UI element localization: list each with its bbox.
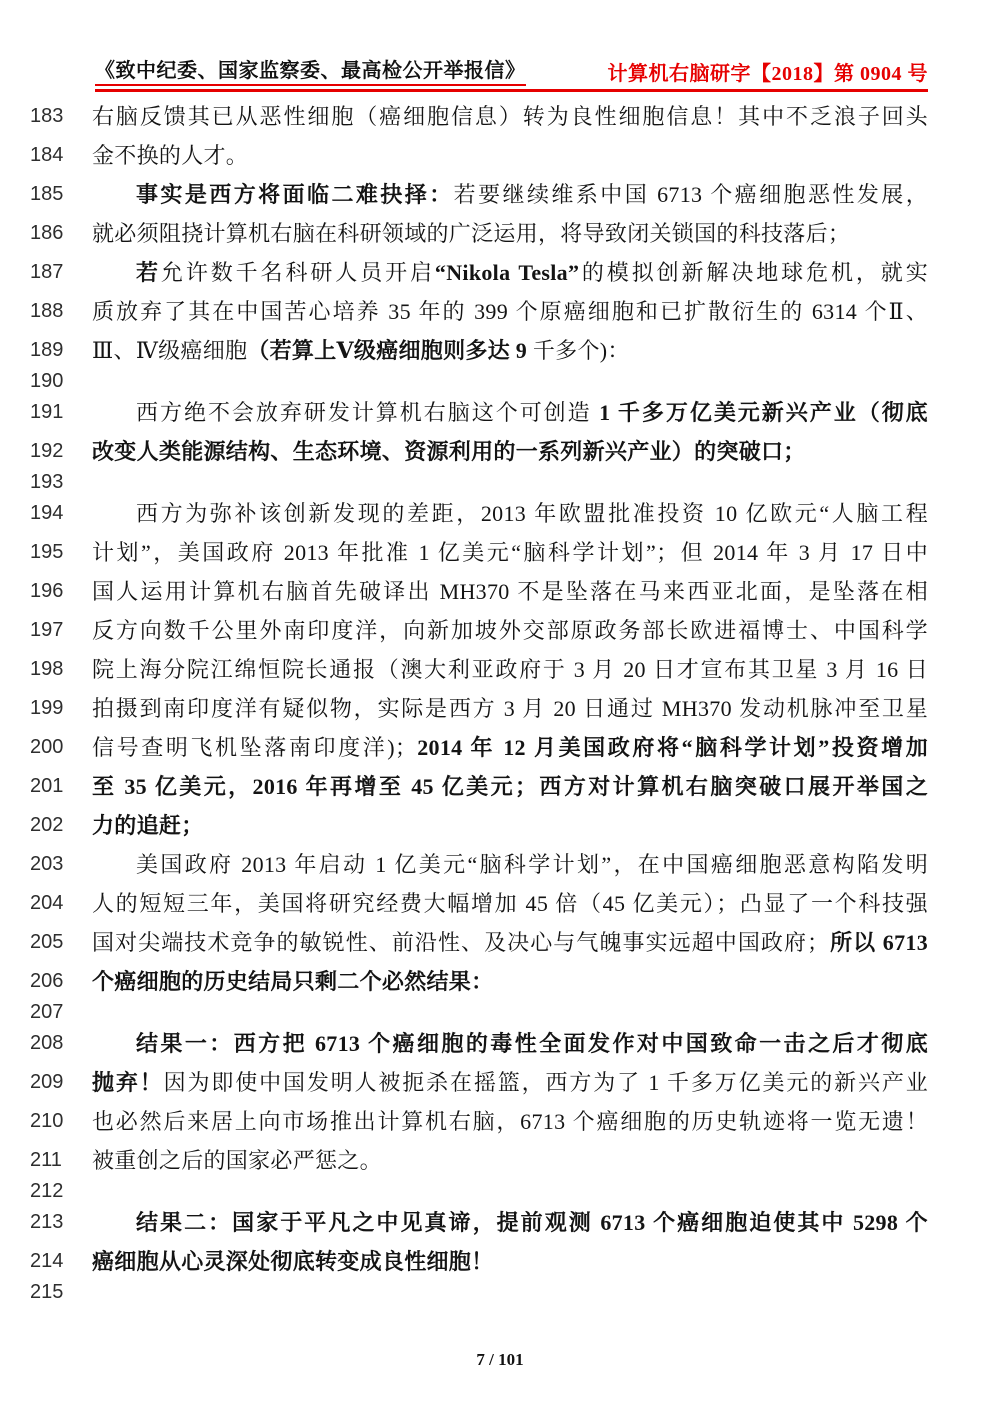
line-text: 就必须阻挠计算机右脑在科研领域的广泛运用，将导致闭关锁国的科技落后； bbox=[92, 214, 928, 253]
line-row: 190 bbox=[0, 370, 1000, 393]
line-number: 195 bbox=[0, 533, 92, 572]
line-row: 193 bbox=[0, 471, 1000, 494]
line-row: 199拍摄到南印度洋有疑似物，实际是西方 3 月 20 日通过 MH370 发动… bbox=[0, 689, 1000, 728]
text-segment: 若要继续维系中国 6713 个癌细胞恶性发展， bbox=[454, 182, 928, 207]
line-row: 213结果二：国家于平凡之中见真谛，提前观测 6713 个癌细胞迫使其中 529… bbox=[0, 1203, 1000, 1242]
line-text: 人的短短三年，美国将研究经费大幅增加 45 倍（45 亿美元）；凸显了一个科技强 bbox=[92, 884, 928, 923]
text-segment: 院上海分院江绵恒院长通报（澳大利亚政府于 3 月 20 日才宣布其卫星 3 月 … bbox=[92, 657, 928, 682]
line-number: 198 bbox=[0, 650, 92, 689]
line-number: 203 bbox=[0, 845, 92, 884]
text-segment-bold: “Nikola Tesla” bbox=[435, 260, 579, 285]
text-segment: 拍摄到南印度洋有疑似物，实际是西方 3 月 20 日通过 MH370 发动机脉冲… bbox=[92, 696, 928, 721]
text-segment: 右脑反馈其已从恶性细胞（癌细胞信息）转为良性细胞信息！其中不乏浪子回头 bbox=[92, 104, 928, 129]
line-row: 191西方绝不会放弃研发计算机右脑这个可创造 1 千多万亿美元新兴产业（彻底 bbox=[0, 393, 1000, 432]
line-number: 192 bbox=[0, 432, 92, 471]
line-text: 被重创之后的国家必严惩之。 bbox=[92, 1141, 928, 1180]
line-row: 201至 35 亿美元，2016 年再增至 45 亿美元；西方对计算机右脑突破口… bbox=[0, 767, 1000, 806]
line-text: 结果一：西方把 6713 个癌细胞的毒性全面发作对中国致命一击之后才彻底 bbox=[92, 1024, 928, 1063]
line-number: 204 bbox=[0, 884, 92, 923]
line-number: 208 bbox=[0, 1024, 92, 1063]
line-number: 206 bbox=[0, 962, 92, 1001]
line-row: 198院上海分院江绵恒院长通报（澳大利亚政府于 3 月 20 日才宣布其卫星 3… bbox=[0, 650, 1000, 689]
line-text: 也必然后来居上向市场推出计算机右脑，6713 个癌细胞的历史轨迹将一览无遗！ bbox=[92, 1102, 928, 1141]
line-number: 205 bbox=[0, 923, 92, 962]
line-number: 212 bbox=[0, 1180, 92, 1203]
line-number: 214 bbox=[0, 1242, 92, 1281]
text-segment-bold: 个癌细胞的历史结局只剩二个必然结果： bbox=[92, 969, 493, 994]
line-text: 若允许数千名科研人员开启“Nikola Tesla”的模拟创新解决地球危机，就实 bbox=[92, 253, 928, 292]
line-row: 211被重创之后的国家必严惩之。 bbox=[0, 1141, 1000, 1180]
text-segment: 反方向数千公里外南印度洋，向新加坡外交部原政务部长欧进福博士、中国科学 bbox=[92, 618, 928, 643]
line-row: 210也必然后来居上向市场推出计算机右脑，6713 个癌细胞的历史轨迹将一览无遗… bbox=[0, 1102, 1000, 1141]
line-number: 184 bbox=[0, 136, 92, 175]
line-number: 190 bbox=[0, 370, 92, 393]
line-text: 拍摄到南印度洋有疑似物，实际是西方 3 月 20 日通过 MH370 发动机脉冲… bbox=[92, 689, 928, 728]
text-segment: 西方为弥补该创新发现的差距，2013 年欧盟批准投资 10 亿欧元“人脑工程 bbox=[136, 501, 928, 526]
line-text bbox=[92, 1180, 928, 1203]
line-number: 201 bbox=[0, 767, 92, 806]
line-number: 183 bbox=[0, 97, 92, 136]
line-row: 189Ⅲ、Ⅳ级癌细胞（若算上Ⅴ级癌细胞则多达 9 千多个)： bbox=[0, 331, 1000, 370]
line-row: 203美国政府 2013 年启动 1 亿美元“脑科学计划”，在中国癌细胞恶意构陷… bbox=[0, 845, 1000, 884]
line-row: 195计划”，美国政府 2013 年批准 1 亿美元“脑科学计划”；但 2014… bbox=[0, 533, 1000, 572]
line-text: 结果二：国家于平凡之中见真谛，提前观测 6713 个癌细胞迫使其中 5298 个 bbox=[92, 1203, 928, 1242]
line-number: 188 bbox=[0, 292, 92, 331]
line-row: 207 bbox=[0, 1001, 1000, 1024]
text-segment: 因为即使中国发明人被扼杀在摇篮，西方为了 1 千多万亿美元的新兴产业 bbox=[164, 1070, 928, 1095]
line-number: 189 bbox=[0, 331, 92, 370]
line-row: 186就必须阻挠计算机右脑在科研领域的广泛运用，将导致闭关锁国的科技落后； bbox=[0, 214, 1000, 253]
line-number: 197 bbox=[0, 611, 92, 650]
line-text: 国对尖端技术竞争的敏锐性、前沿性、及决心与气魄事实远超中国政府；所以 6713 bbox=[92, 923, 928, 962]
line-row: 196国人运用计算机右脑首先破译出 MH370 不是坠落在马来西亚北面，是坠落在… bbox=[0, 572, 1000, 611]
text-segment-bold: 若 bbox=[136, 260, 161, 285]
text-segment-bold: 事实是西方将面临二难抉择： bbox=[136, 182, 454, 207]
line-row: 206个癌细胞的历史结局只剩二个必然结果： bbox=[0, 962, 1000, 1001]
line-row: 192改变人类能源结构、生态环境、资源利用的一系列新兴产业）的突破口； bbox=[0, 432, 1000, 471]
line-row: 188质放弃了其在中国苦心培养 35 年的 399 个原癌细胞和已扩散衍生的 6… bbox=[0, 292, 1000, 331]
line-row: 208结果一：西方把 6713 个癌细胞的毒性全面发作对中国致命一击之后才彻底 bbox=[0, 1024, 1000, 1063]
text-segment-bold: 改变人类能源结构、生态环境、资源利用的一系列新兴产业）的突破口； bbox=[92, 439, 806, 464]
text-segment-bold: 癌细胞从心灵深处彻底转变成良性细胞！ bbox=[92, 1249, 493, 1274]
text-segment-bold: 所以 6713 bbox=[829, 930, 928, 955]
line-text: 改变人类能源结构、生态环境、资源利用的一系列新兴产业）的突破口； bbox=[92, 432, 928, 471]
text-segment-bold: 结果一：西方把 6713 个癌细胞的毒性全面发作对中国致命一击之后才彻底 bbox=[136, 1031, 928, 1056]
line-number: 186 bbox=[0, 214, 92, 253]
line-text: 反方向数千公里外南印度洋，向新加坡外交部原政务部长欧进福博士、中国科学 bbox=[92, 611, 928, 650]
line-text bbox=[92, 370, 928, 393]
line-row: 197反方向数千公里外南印度洋，向新加坡外交部原政务部长欧进福博士、中国科学 bbox=[0, 611, 1000, 650]
text-segment: 美国政府 2013 年启动 1 亿美元“脑科学计划”，在中国癌细胞恶意构陷发明 bbox=[136, 852, 928, 877]
text-segment: 质放弃了其在中国苦心培养 35 年的 399 个原癌细胞和已扩散衍生的 6314… bbox=[92, 299, 928, 324]
page-number: 7 / 101 bbox=[0, 1350, 1000, 1370]
text-segment: 人的短短三年，美国将研究经费大幅增加 45 倍（45 亿美元）；凸显了一个科技强 bbox=[92, 891, 928, 916]
line-number: 196 bbox=[0, 572, 92, 611]
line-row: 215 bbox=[0, 1281, 1000, 1304]
line-text: 院上海分院江绵恒院长通报（澳大利亚政府于 3 月 20 日才宣布其卫星 3 月 … bbox=[92, 650, 928, 689]
line-number: 211 bbox=[0, 1141, 92, 1180]
line-number: 185 bbox=[0, 175, 92, 214]
text-segment-bold: 至 35 亿美元，2016 年再增至 45 亿美元；西方对计算机右脑突破口展开举… bbox=[92, 774, 928, 799]
document-body: 183右脑反馈其已从恶性细胞（癌细胞信息）转为良性细胞信息！其中不乏浪子回头18… bbox=[0, 97, 1000, 1304]
page-header: 《致中纪委、国家监察委、最高检公开举报信》 计算机右脑研字【2018】第 090… bbox=[95, 54, 928, 92]
line-row: 205国对尖端技术竞争的敏锐性、前沿性、及决心与气魄事实远超中国政府；所以 67… bbox=[0, 923, 1000, 962]
text-segment: 国对尖端技术竞争的敏锐性、前沿性、及决心与气魄事实远超中国政府； bbox=[92, 930, 829, 955]
line-number: 202 bbox=[0, 806, 92, 845]
line-row: 204人的短短三年，美国将研究经费大幅增加 45 倍（45 亿美元）；凸显了一个… bbox=[0, 884, 1000, 923]
line-text: 质放弃了其在中国苦心培养 35 年的 399 个原癌细胞和已扩散衍生的 6314… bbox=[92, 292, 928, 331]
text-segment: 金不换的人才。 bbox=[92, 143, 248, 168]
line-text: 抛弃！因为即使中国发明人被扼杀在摇篮，西方为了 1 千多万亿美元的新兴产业 bbox=[92, 1063, 928, 1102]
line-text: 个癌细胞的历史结局只剩二个必然结果： bbox=[92, 962, 928, 1001]
line-row: 200信号查明飞机坠落南印度洋)；2014 年 12 月美国政府将“脑科学计划”… bbox=[0, 728, 1000, 767]
text-segment-bold: 2014 年 12 月美国政府将“脑科学计划”投资增加 bbox=[417, 735, 928, 760]
line-text: 至 35 亿美元，2016 年再增至 45 亿美元；西方对计算机右脑突破口展开举… bbox=[92, 767, 928, 806]
text-segment-bold: 抛弃！ bbox=[92, 1070, 164, 1095]
line-text: 美国政府 2013 年启动 1 亿美元“脑科学计划”，在中国癌细胞恶意构陷发明 bbox=[92, 845, 928, 884]
document-number: 计算机右脑研字【2018】第 0904 号 bbox=[608, 57, 929, 86]
line-row: 185事实是西方将面临二难抉择：若要继续维系中国 6713 个癌细胞恶性发展， bbox=[0, 175, 1000, 214]
line-number: 200 bbox=[0, 728, 92, 767]
line-text: 西方为弥补该创新发现的差距，2013 年欧盟批准投资 10 亿欧元“人脑工程 bbox=[92, 494, 928, 533]
line-text: 事实是西方将面临二难抉择：若要继续维系中国 6713 个癌细胞恶性发展， bbox=[92, 175, 928, 214]
text-segment: 信号查明飞机坠落南印度洋)； bbox=[92, 735, 417, 760]
line-row: 194西方为弥补该创新发现的差距，2013 年欧盟批准投资 10 亿欧元“人脑工… bbox=[0, 494, 1000, 533]
text-segment-bold: 力的追赶； bbox=[92, 813, 204, 838]
line-text bbox=[92, 1001, 928, 1024]
text-segment: 千多个)： bbox=[527, 338, 630, 363]
text-segment: 国人运用计算机右脑首先破译出 MH370 不是坠落在马来西亚北面，是坠落在相 bbox=[92, 579, 928, 604]
text-segment: 也必然后来居上向市场推出计算机右脑，6713 个癌细胞的历史轨迹将一览无遗！ bbox=[92, 1109, 928, 1134]
line-text: Ⅲ、Ⅳ级癌细胞（若算上Ⅴ级癌细胞则多达 9 千多个)： bbox=[92, 331, 928, 370]
line-text: 西方绝不会放弃研发计算机右脑这个可创造 1 千多万亿美元新兴产业（彻底 bbox=[92, 393, 928, 432]
text-segment: 被重创之后的国家必严惩之。 bbox=[92, 1148, 382, 1173]
text-segment: 允许数千名科研人员开启 bbox=[161, 260, 435, 285]
line-row: 202力的追赶； bbox=[0, 806, 1000, 845]
line-text bbox=[92, 1281, 928, 1304]
line-text: 金不换的人才。 bbox=[92, 136, 928, 175]
line-number: 191 bbox=[0, 393, 92, 432]
line-number: 213 bbox=[0, 1203, 92, 1242]
line-text bbox=[92, 471, 928, 494]
text-segment: Ⅲ、Ⅳ级癌细胞 bbox=[92, 338, 247, 363]
text-segment-bold: 1 千多万亿美元新兴产业（彻底 bbox=[599, 400, 928, 425]
line-text: 右脑反馈其已从恶性细胞（癌细胞信息）转为良性细胞信息！其中不乏浪子回头 bbox=[92, 97, 928, 136]
line-number: 210 bbox=[0, 1102, 92, 1141]
line-number: 209 bbox=[0, 1063, 92, 1102]
line-text: 力的追赶； bbox=[92, 806, 928, 845]
line-row: 184金不换的人才。 bbox=[0, 136, 1000, 175]
text-segment-bold: 结果二：国家于平凡之中见真谛，提前观测 6713 个癌细胞迫使其中 5298 个 bbox=[136, 1210, 928, 1235]
text-segment-bold: （若算上Ⅴ级癌细胞则多达 9 bbox=[247, 338, 527, 363]
line-row: 212 bbox=[0, 1180, 1000, 1203]
line-number: 193 bbox=[0, 471, 92, 494]
line-number: 187 bbox=[0, 253, 92, 292]
line-row: 183右脑反馈其已从恶性细胞（癌细胞信息）转为良性细胞信息！其中不乏浪子回头 bbox=[0, 97, 1000, 136]
line-number: 194 bbox=[0, 494, 92, 533]
text-segment: 计划”，美国政府 2013 年批准 1 亿美元“脑科学计划”；但 2014 年 … bbox=[92, 540, 928, 565]
line-row: 214癌细胞从心灵深处彻底转变成良性细胞！ bbox=[0, 1242, 1000, 1281]
document-page: 《致中纪委、国家监察委、最高检公开举报信》 计算机右脑研字【2018】第 090… bbox=[0, 0, 1000, 1413]
line-text: 计划”，美国政府 2013 年批准 1 亿美元“脑科学计划”；但 2014 年 … bbox=[92, 533, 928, 572]
line-number: 215 bbox=[0, 1281, 92, 1304]
line-row: 209抛弃！因为即使中国发明人被扼杀在摇篮，西方为了 1 千多万亿美元的新兴产业 bbox=[0, 1063, 1000, 1102]
line-number: 207 bbox=[0, 1001, 92, 1024]
line-text: 国人运用计算机右脑首先破译出 MH370 不是坠落在马来西亚北面，是坠落在相 bbox=[92, 572, 928, 611]
document-title: 《致中纪委、国家监察委、最高检公开举报信》 bbox=[95, 54, 526, 86]
line-number: 199 bbox=[0, 689, 92, 728]
line-row: 187若允许数千名科研人员开启“Nikola Tesla”的模拟创新解决地球危机… bbox=[0, 253, 1000, 292]
text-segment: 就必须阻挠计算机右脑在科研领域的广泛运用，将导致闭关锁国的科技落后； bbox=[92, 221, 850, 246]
line-text: 癌细胞从心灵深处彻底转变成良性细胞！ bbox=[92, 1242, 928, 1281]
text-segment: 西方绝不会放弃研发计算机右脑这个可创造 bbox=[136, 400, 599, 425]
line-text: 信号查明飞机坠落南印度洋)；2014 年 12 月美国政府将“脑科学计划”投资增… bbox=[92, 728, 928, 767]
text-segment: 的模拟创新解决地球危机，就实 bbox=[579, 260, 928, 285]
